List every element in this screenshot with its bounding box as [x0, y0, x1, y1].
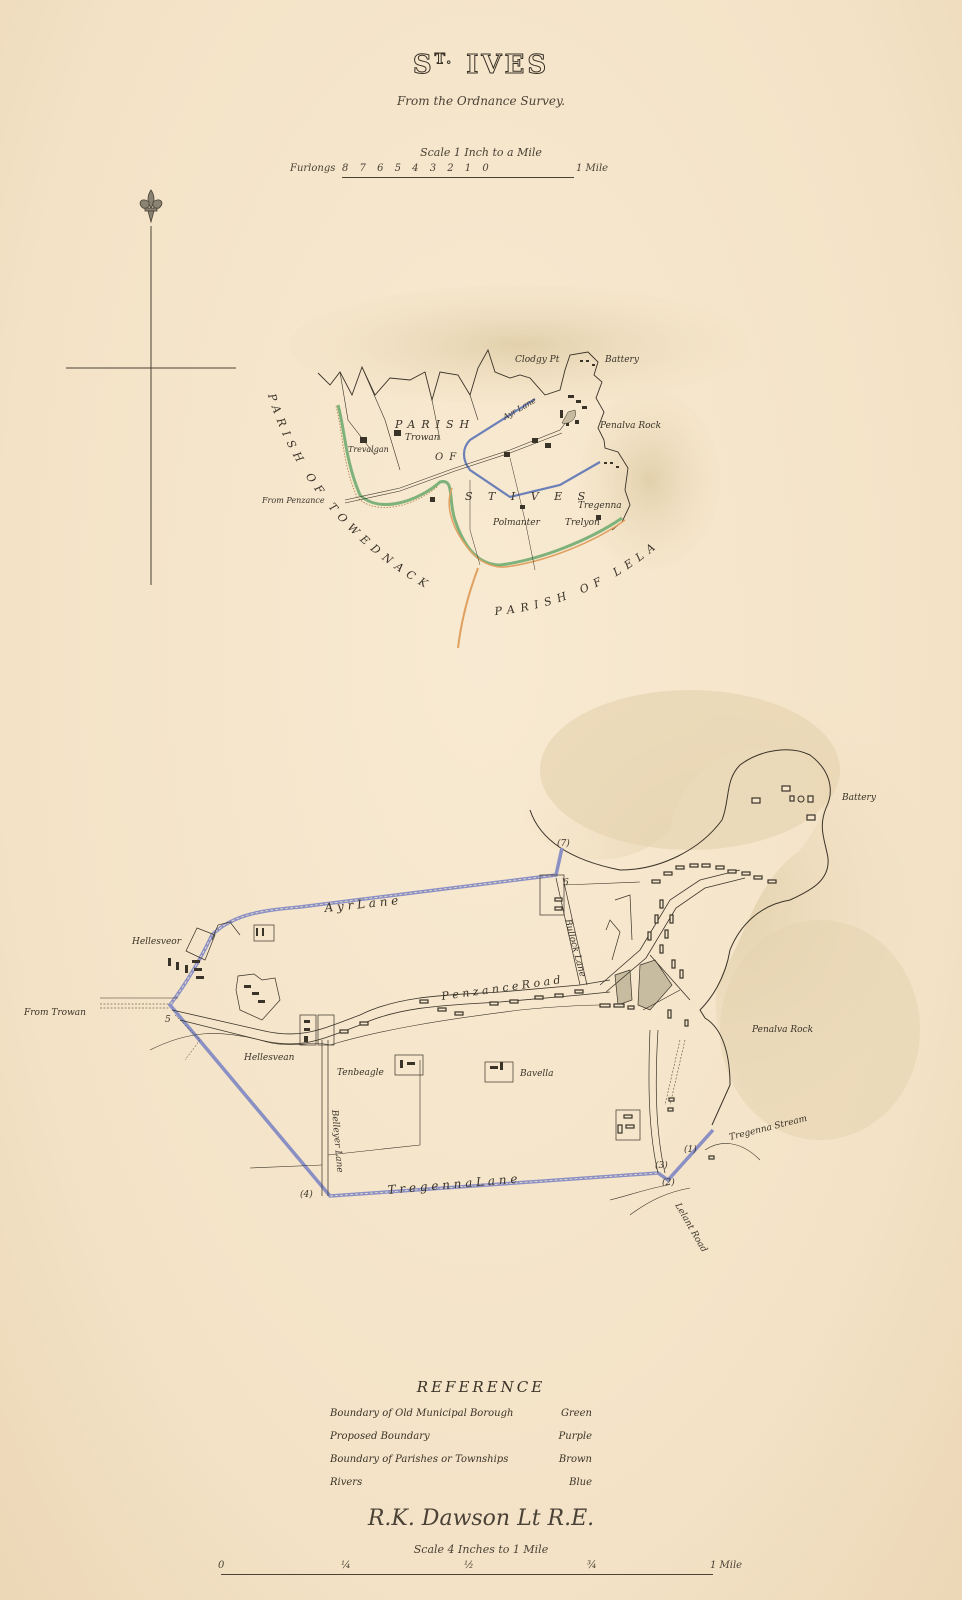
- label-ayr-lane: A y r L a n e: [323, 893, 399, 915]
- reference-label: Boundary of Parishes or Townships: [330, 1454, 508, 1465]
- reference-color: Purple: [559, 1431, 592, 1442]
- scale-tick: ¼: [341, 1560, 351, 1571]
- point-7: (7): [557, 838, 570, 849]
- point-2: (2): [662, 1177, 675, 1188]
- reference-color: Green: [561, 1408, 592, 1419]
- detail-proposed-boundary: [170, 848, 713, 1196]
- reference-label: Rivers: [330, 1477, 362, 1488]
- label-battery-overview: Battery: [604, 355, 640, 365]
- label-from-penzance: From Penzance: [261, 496, 325, 505]
- large-scale-title: Scale 4 Inches to 1 Mile: [0, 1543, 962, 1556]
- label-lelant-road: Lelant Road: [672, 1201, 709, 1255]
- reference-row-proposed: Proposed Boundary Purple: [330, 1431, 592, 1442]
- label-battery-detail: Battery: [841, 793, 877, 803]
- point-4: (4): [300, 1189, 313, 1200]
- label-bavella: Bavella: [519, 1069, 554, 1079]
- label-hellesveor: Hellesveor: [131, 937, 182, 947]
- map-canvas: Clodgy Pt Battery Penalva Rock PARISH OF…: [0, 0, 962, 1600]
- label-tregenna: Tregenna: [578, 501, 622, 511]
- label-bullock-lane: Bullock Lane: [562, 917, 587, 978]
- proposed-boundary-purple: [464, 399, 600, 497]
- scale-tick: 0: [218, 1560, 224, 1571]
- label-penalva-rock-detail: Penalva Rock: [751, 1025, 813, 1035]
- label-tregenna-lane: T r e g e n n a L a n e: [387, 1172, 518, 1197]
- label-from-trowan: From Trowan: [23, 1008, 86, 1018]
- label-trowan: Trowan: [405, 433, 440, 443]
- label-clodgy-point: Clodgy Pt: [515, 355, 560, 365]
- label-penalva-rock-overview: Penalva Rock: [599, 421, 661, 431]
- scale-tick: ½: [464, 1560, 474, 1571]
- label-hellesvean: Hellesvean: [243, 1053, 295, 1063]
- label-trelyon: Trelyon: [565, 518, 600, 528]
- scale-end-label: 1 Mile: [710, 1560, 742, 1571]
- scale-line: [221, 1574, 713, 1575]
- label-of: OF: [435, 452, 462, 463]
- reference-title: REFERENCE: [0, 1378, 962, 1396]
- point-1: (1): [684, 1144, 697, 1155]
- label-trevalgan: Trevalgan: [348, 445, 389, 454]
- reference-color: Blue: [569, 1477, 592, 1488]
- engraver-signature: R.K. Dawson Lt R.E.: [0, 1506, 962, 1531]
- point-3: (3): [655, 1160, 668, 1171]
- reference-row-parishes: Boundary of Parishes or Townships Brown: [330, 1454, 592, 1465]
- reference-row-old-borough: Boundary of Old Municipal Borough Green: [330, 1408, 592, 1419]
- label-belleyer-lane: Belleyer Lane: [329, 1108, 345, 1173]
- north-arrow: [66, 190, 236, 585]
- old-borough-boundary-green: [338, 405, 622, 565]
- reference-color: Brown: [559, 1454, 592, 1465]
- detail-map: (7) 6 5 (4) (3) (2) (1) Battery A y r L …: [23, 690, 920, 1254]
- reference-label: Proposed Boundary: [330, 1431, 430, 1442]
- fleur-de-lis-icon: [140, 190, 162, 222]
- point-5: 5: [165, 1015, 171, 1025]
- point-6: 6: [563, 878, 569, 888]
- overview-map: Clodgy Pt Battery Penalva Rock PARISH OF…: [0, 0, 750, 648]
- reference-row-rivers: Rivers Blue: [330, 1477, 592, 1488]
- label-tenbeagle: Tenbeagle: [337, 1068, 384, 1078]
- reference-label: Boundary of Old Municipal Borough: [330, 1408, 513, 1419]
- label-st-ives: S T I V E S: [465, 490, 591, 503]
- label-polmanter: Polmanter: [492, 518, 541, 528]
- label-parish: PARISH: [394, 418, 475, 431]
- large-scale-bar: 0 ¼ ½ ¾ 1 Mile: [218, 1560, 748, 1580]
- scale-tick: ¾: [587, 1560, 597, 1571]
